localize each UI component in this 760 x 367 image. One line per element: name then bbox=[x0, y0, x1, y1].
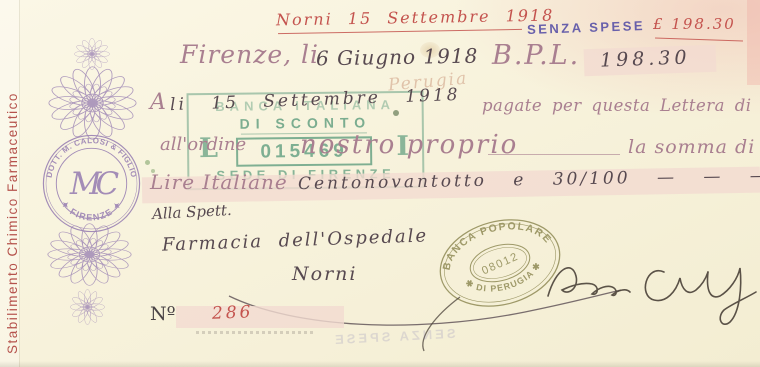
seal-bottom-arc-text: ✦ FIRENZE ✦ bbox=[59, 199, 124, 223]
seal-monogram: MC bbox=[69, 166, 120, 202]
handwritten-document-number: 286 bbox=[212, 302, 254, 323]
calosi-figlio-seal: DOTT. M. CALOSI & FIGLIO ✦ FIRENZE ✦ MC bbox=[40, 132, 143, 235]
printed-blank-rule bbox=[488, 154, 620, 155]
paper-bottom-shadow bbox=[0, 361, 760, 367]
signature-flourish bbox=[412, 293, 467, 355]
rosette-ornament-small-bottom bbox=[70, 289, 105, 325]
printed-place-label: Firenze, li bbox=[180, 40, 319, 69]
drawee-name: Farmacia dell'Ospedale bbox=[162, 225, 429, 255]
printed-order-suffix: la somma di bbox=[628, 136, 755, 158]
ink-speck bbox=[145, 160, 150, 165]
bill-of-exchange-document: Stabilimento Chimico Farmaceutico DOTT. … bbox=[0, 0, 760, 367]
oval-stamp-serial: 08012 bbox=[480, 250, 521, 277]
printed-order-prefix: all'ordine bbox=[160, 134, 246, 155]
handwritten-amount-red: £ 198.30 bbox=[653, 15, 736, 33]
number-highlight-strip bbox=[176, 306, 344, 328]
drawee-salutation: Alla Spett. bbox=[152, 201, 233, 223]
printed-currency-label: Lire Italiane bbox=[150, 170, 288, 194]
side-vertical-label: Stabilimento Chimico Farmaceutico bbox=[5, 42, 20, 354]
signature bbox=[542, 234, 760, 334]
handwritten-amount-figures: 198.30 bbox=[600, 46, 691, 71]
drawee-place: Norni bbox=[292, 263, 357, 285]
handwritten-issue-date: 6 Giugno 1918 bbox=[316, 44, 479, 71]
svg-text:✦ FIRENZE ✦: ✦ FIRENZE ✦ bbox=[59, 199, 124, 223]
printed-term-prefix: A bbox=[150, 90, 166, 115]
printer-mark bbox=[196, 331, 314, 334]
printed-pay-clause: pagate per questa Lettera di Cambio bbox=[482, 96, 760, 115]
printed-order-middle: nostro proprio bbox=[300, 130, 518, 160]
paper-edge-tint bbox=[747, 0, 760, 85]
rosette-ornament-large-top bbox=[48, 66, 137, 140]
printed-bpl-initials: B.P.L. bbox=[492, 40, 580, 71]
document-number-label: Nº bbox=[150, 303, 176, 325]
